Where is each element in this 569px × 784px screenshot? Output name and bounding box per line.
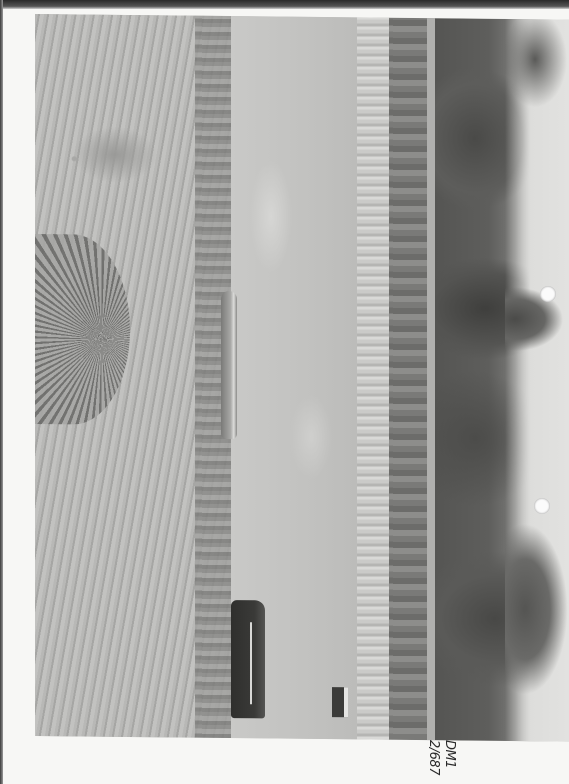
sky bbox=[505, 19, 569, 742]
dark-boat bbox=[231, 600, 265, 718]
annotation-line-1: DM1 bbox=[442, 740, 456, 780]
handwritten-annotation: DM1 2/687 bbox=[408, 740, 456, 780]
shore-sign bbox=[332, 687, 348, 717]
landscape-photograph bbox=[35, 14, 569, 742]
dirt-track bbox=[427, 18, 435, 740]
punch-hole-lower bbox=[534, 498, 550, 514]
far-shore bbox=[357, 17, 389, 739]
scanner-edge-top bbox=[0, 0, 569, 9]
canoe bbox=[221, 291, 237, 439]
annotation-line-2: 2/687 bbox=[426, 740, 440, 780]
punch-hole-upper bbox=[540, 286, 556, 302]
